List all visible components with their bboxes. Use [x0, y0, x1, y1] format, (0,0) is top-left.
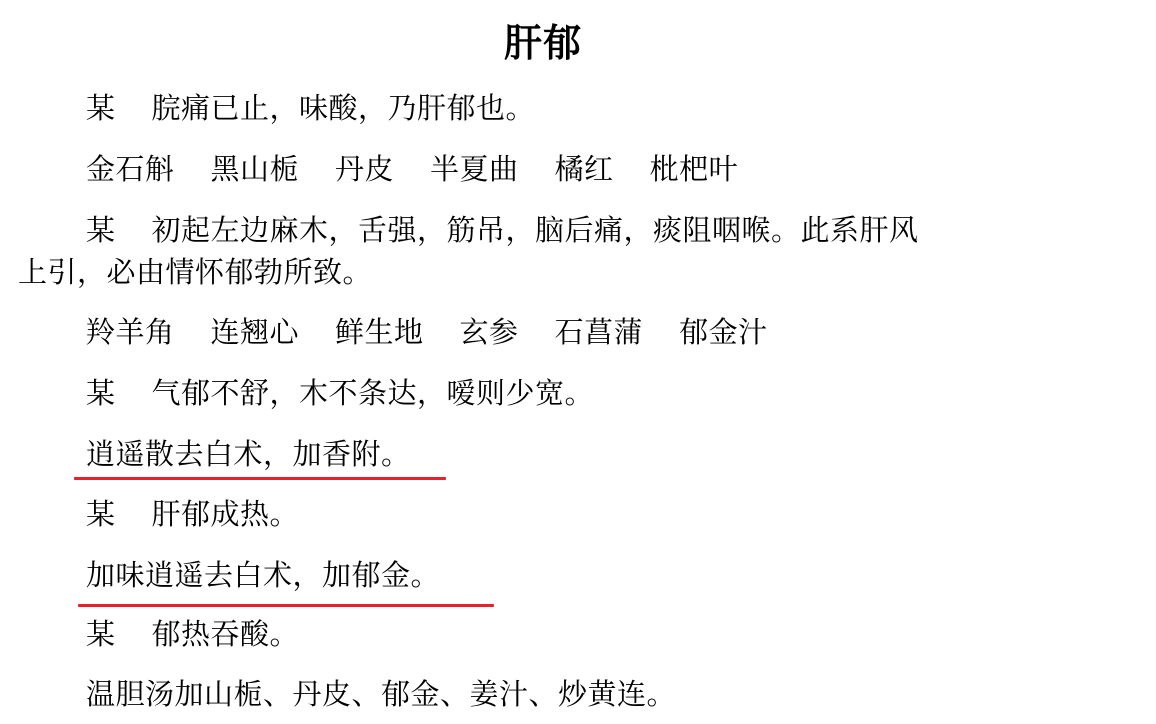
herb: 石菖蒲: [555, 315, 644, 349]
herb: 黑山栀: [211, 152, 300, 186]
case-label: 某: [86, 617, 116, 651]
herb: 羚羊角: [86, 315, 175, 349]
case-label: 某: [86, 91, 116, 125]
case-text: 肝郁成热。: [152, 497, 300, 531]
herb: 鲜生地: [335, 315, 424, 349]
herb: 玄参: [460, 315, 519, 349]
red-underline: [74, 477, 446, 480]
herb: 郁金汁: [679, 315, 768, 349]
herb: 丹皮: [335, 152, 394, 186]
case-entry-2-continued: 上引，必由情怀郁勃所致。: [18, 252, 372, 292]
herb-list-1: 金石斛黑山栀丹皮半夏曲橘红枇杷叶: [86, 149, 738, 189]
red-underline: [78, 604, 494, 607]
case-entry-2: 某初起左边麻木，舌强，筋吊，脑后痛，痰阻咽喉。此系肝风: [86, 210, 919, 250]
case-entry-1: 某脘痛已止，味酸，乃肝郁也。: [86, 88, 535, 128]
herb: 金石斛: [86, 152, 175, 186]
herb: 连翘心: [211, 315, 300, 349]
case-label: 某: [86, 376, 116, 410]
herb: 橘红: [555, 152, 614, 186]
case-label: 某: [86, 213, 116, 247]
case-text: 脘痛已止，味酸，乃肝郁也。: [152, 91, 536, 125]
herb-list-2: 羚羊角连翘心鲜生地玄参石菖蒲郁金汁: [86, 312, 768, 352]
formula-text: 加味逍遥去白术，加郁金。: [86, 558, 440, 592]
formula-text: 逍遥散去白术，加香附。: [86, 437, 411, 471]
formula-text: 温胆汤加山栀、丹皮、郁金、姜汁、炒黄连。: [86, 677, 676, 711]
case-text: 气郁不舒，木不条达，嗳则少宽。: [152, 376, 595, 410]
herb: 半夏曲: [430, 152, 519, 186]
formula-3: 温胆汤加山栀、丹皮、郁金、姜汁、炒黄连。: [86, 674, 676, 714]
formula-2: 加味逍遥去白术，加郁金。: [86, 555, 440, 595]
formula-1: 逍遥散去白术，加香附。: [86, 434, 411, 474]
case-entry-3: 某气郁不舒，木不条达，嗳则少宽。: [86, 373, 594, 413]
herb: 枇杷叶: [650, 152, 739, 186]
page-title: 肝郁: [0, 18, 1086, 68]
case-entry-4: 某肝郁成热。: [86, 494, 299, 534]
case-text: 初起左边麻木，舌强，筋吊，脑后痛，痰阻咽喉。此系肝风: [152, 213, 919, 247]
case-text: 郁热吞酸。: [152, 617, 300, 651]
case-text: 上引，必由情怀郁勃所致。: [18, 255, 372, 289]
case-entry-5: 某郁热吞酸。: [86, 614, 299, 654]
case-label: 某: [86, 497, 116, 531]
